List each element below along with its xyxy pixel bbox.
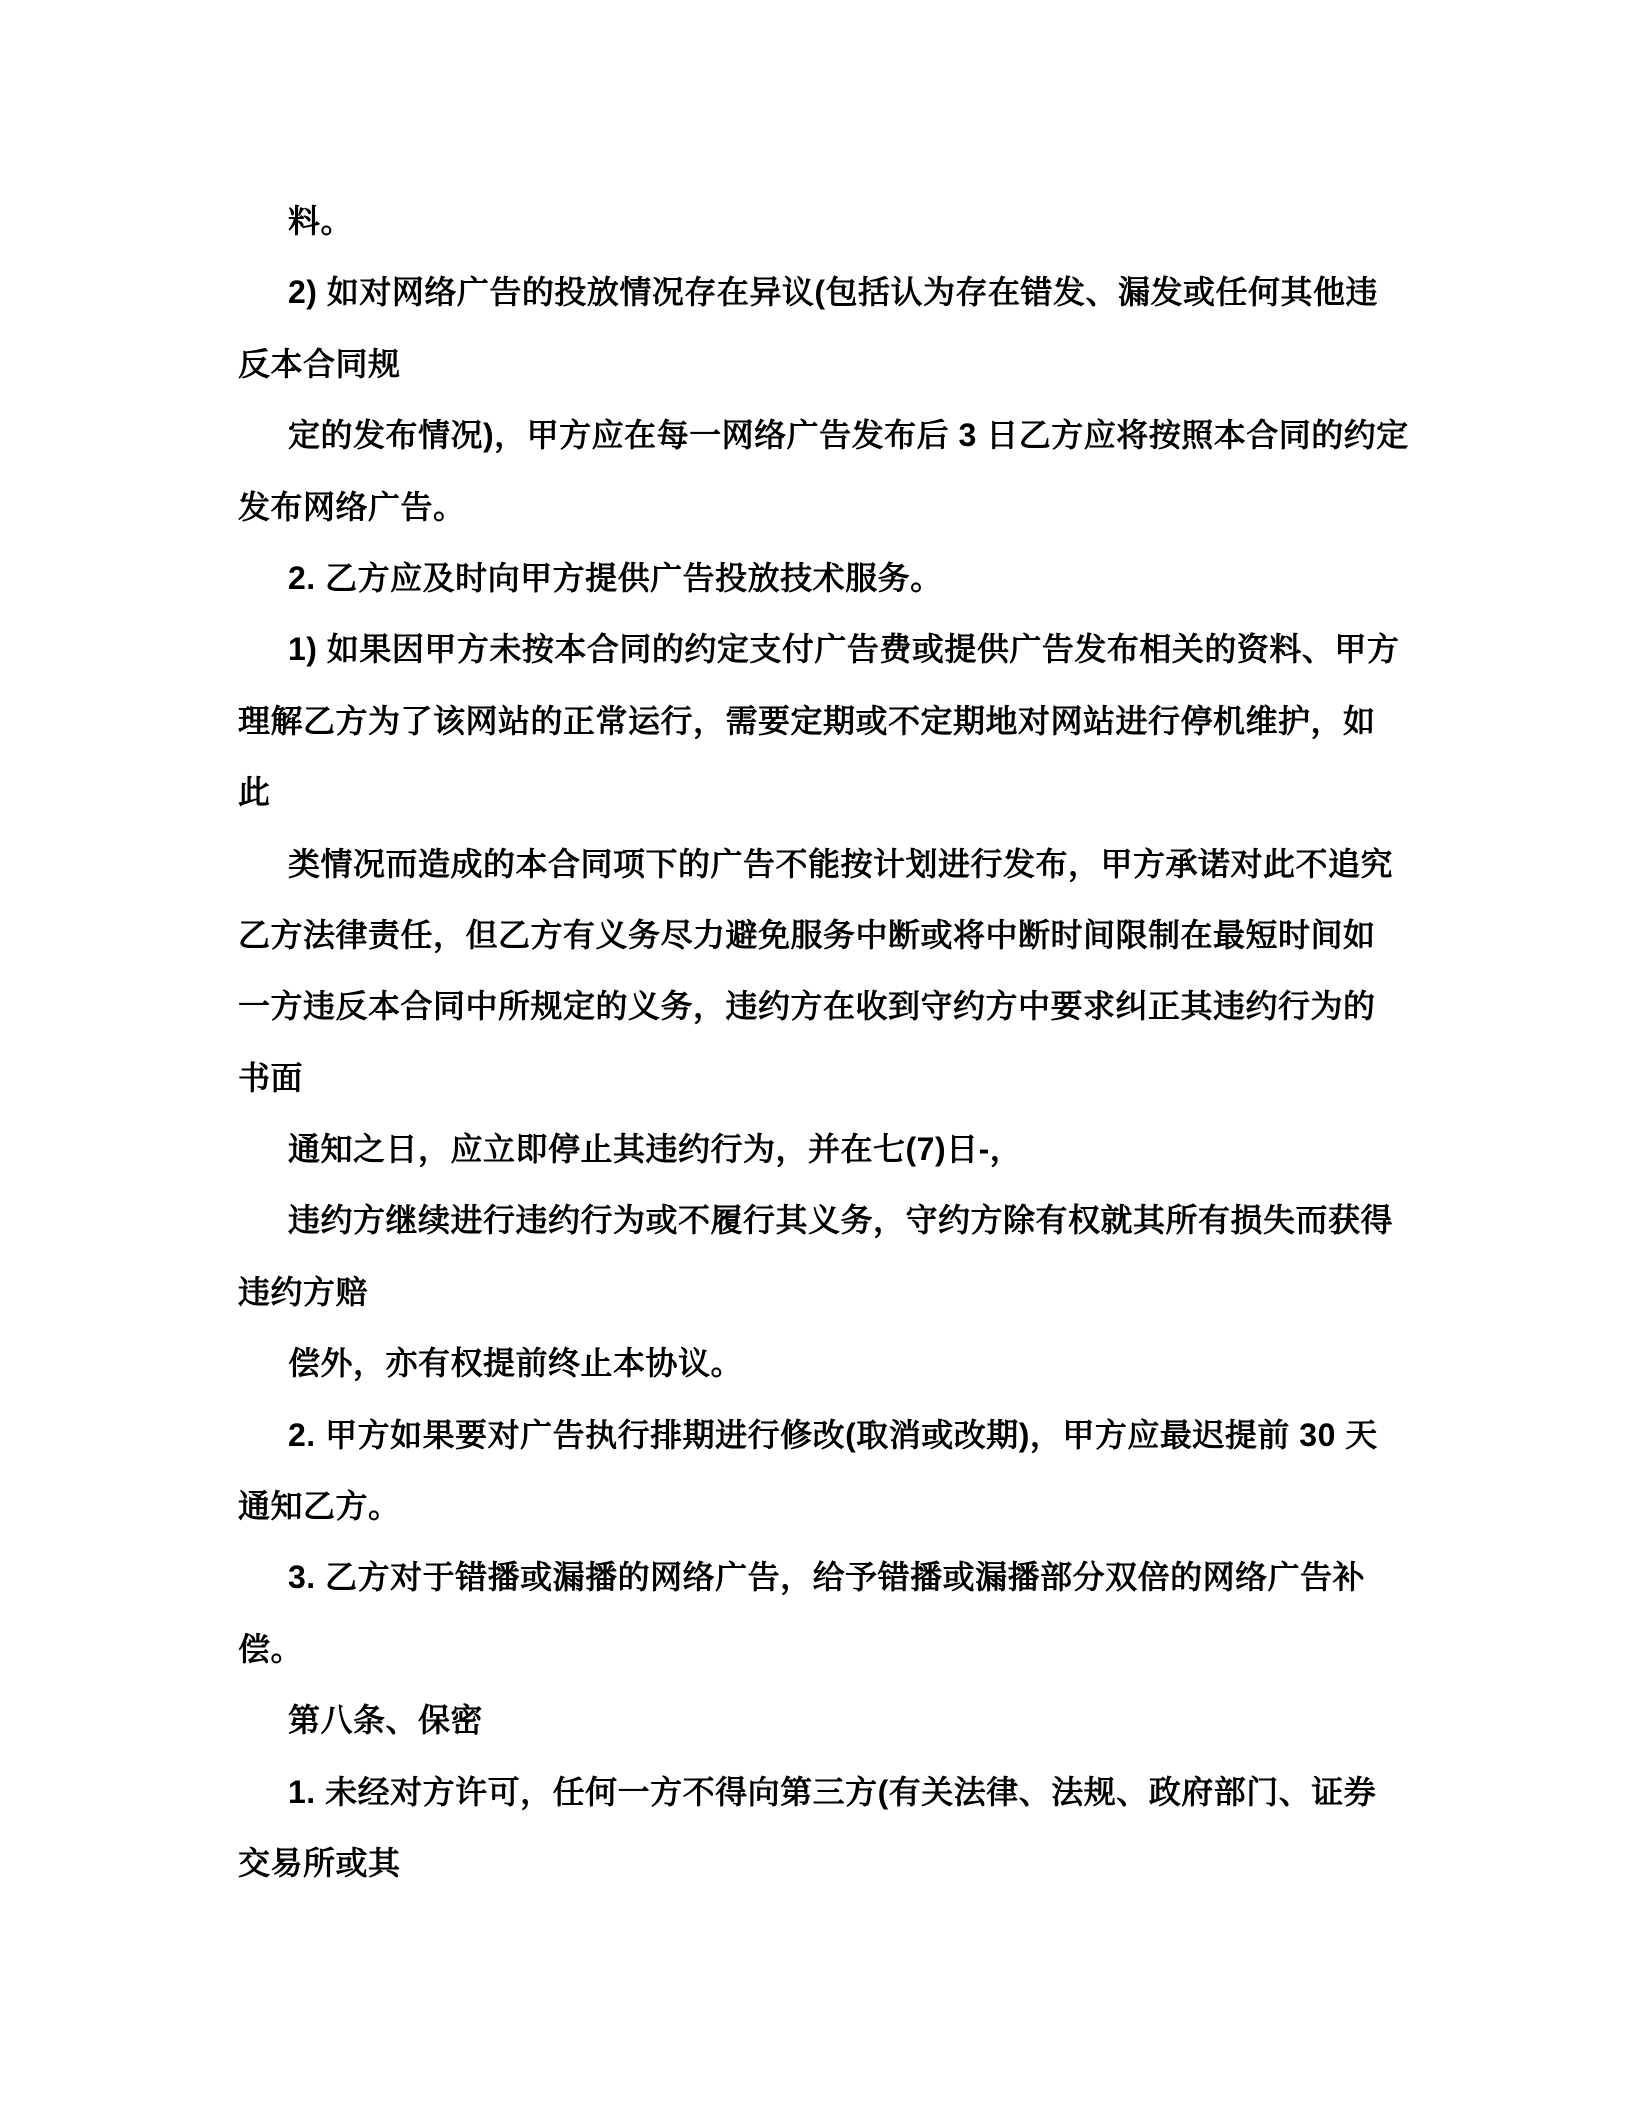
text-line: 料。 — [238, 186, 1538, 257]
text-line: 偿。 — [238, 1614, 1538, 1685]
text-line: 1. 未经对方许可，任何一方不得向第三方(有关法律、法规、政府部门、证券 — [238, 1757, 1538, 1828]
text-line: 违约方赔 — [238, 1257, 1538, 1328]
text-line: 违约方继续进行违约行为或不履行其义务，守约方除有权就其所有损失而获得 — [238, 1185, 1538, 1256]
text-line: 3. 乙方对于错播或漏播的网络广告，给予错播或漏播部分双倍的网络广告补 — [238, 1542, 1538, 1613]
page: 料。2) 如对网络广告的投放情况存在异议(包括认为存在错发、漏发或任何其他违反本… — [0, 0, 1632, 2112]
text-line: 定的发布情况)，甲方应在每一网络广告发布后 3 日乙方应将按照本合同的约定 — [238, 400, 1538, 471]
text-line: 偿外，亦有权提前终止本协议。 — [238, 1328, 1538, 1399]
text-line: 2. 乙方应及时向甲方提供广告投放技术服务。 — [238, 543, 1538, 614]
text-line: 交易所或其 — [238, 1828, 1538, 1899]
text-line: 理解乙方为了该网站的正常运行，需要定期或不定期地对网站进行停机维护，如 — [238, 686, 1538, 757]
text-line: 乙方法律责任，但乙方有义务尽力避免服务中断或将中断时间限制在最短时间如 — [238, 900, 1538, 971]
text-line: 书面 — [238, 1043, 1538, 1114]
text-line: 第八条、保密 — [238, 1685, 1538, 1756]
text-line: 发布网络广告。 — [238, 472, 1538, 543]
text-line: 2) 如对网络广告的投放情况存在异议(包括认为存在错发、漏发或任何其他违 — [238, 257, 1538, 328]
text-line: 2. 甲方如果要对广告执行排期进行修改(取消或改期)，甲方应最迟提前 30 天 — [238, 1400, 1538, 1471]
document-body: 料。2) 如对网络广告的投放情况存在异议(包括认为存在错发、漏发或任何其他违反本… — [238, 186, 1538, 1899]
text-line: 1) 如果因甲方未按本合同的约定支付广告费或提供广告发布相关的资料、甲方 — [238, 614, 1538, 685]
text-line: 通知之日，应立即停止其违约行为，并在七(7)日-， — [238, 1114, 1538, 1185]
text-line: 类情况而造成的本合同项下的广告不能按计划进行发布，甲方承诺对此不追究 — [238, 829, 1538, 900]
text-line: 通知乙方。 — [238, 1471, 1538, 1542]
text-line: 此 — [238, 757, 1538, 828]
text-line: 一方违反本合同中所规定的义务，违约方在收到守约方中要求纠正其违约行为的 — [238, 971, 1538, 1042]
text-line: 反本合同规 — [238, 329, 1538, 400]
